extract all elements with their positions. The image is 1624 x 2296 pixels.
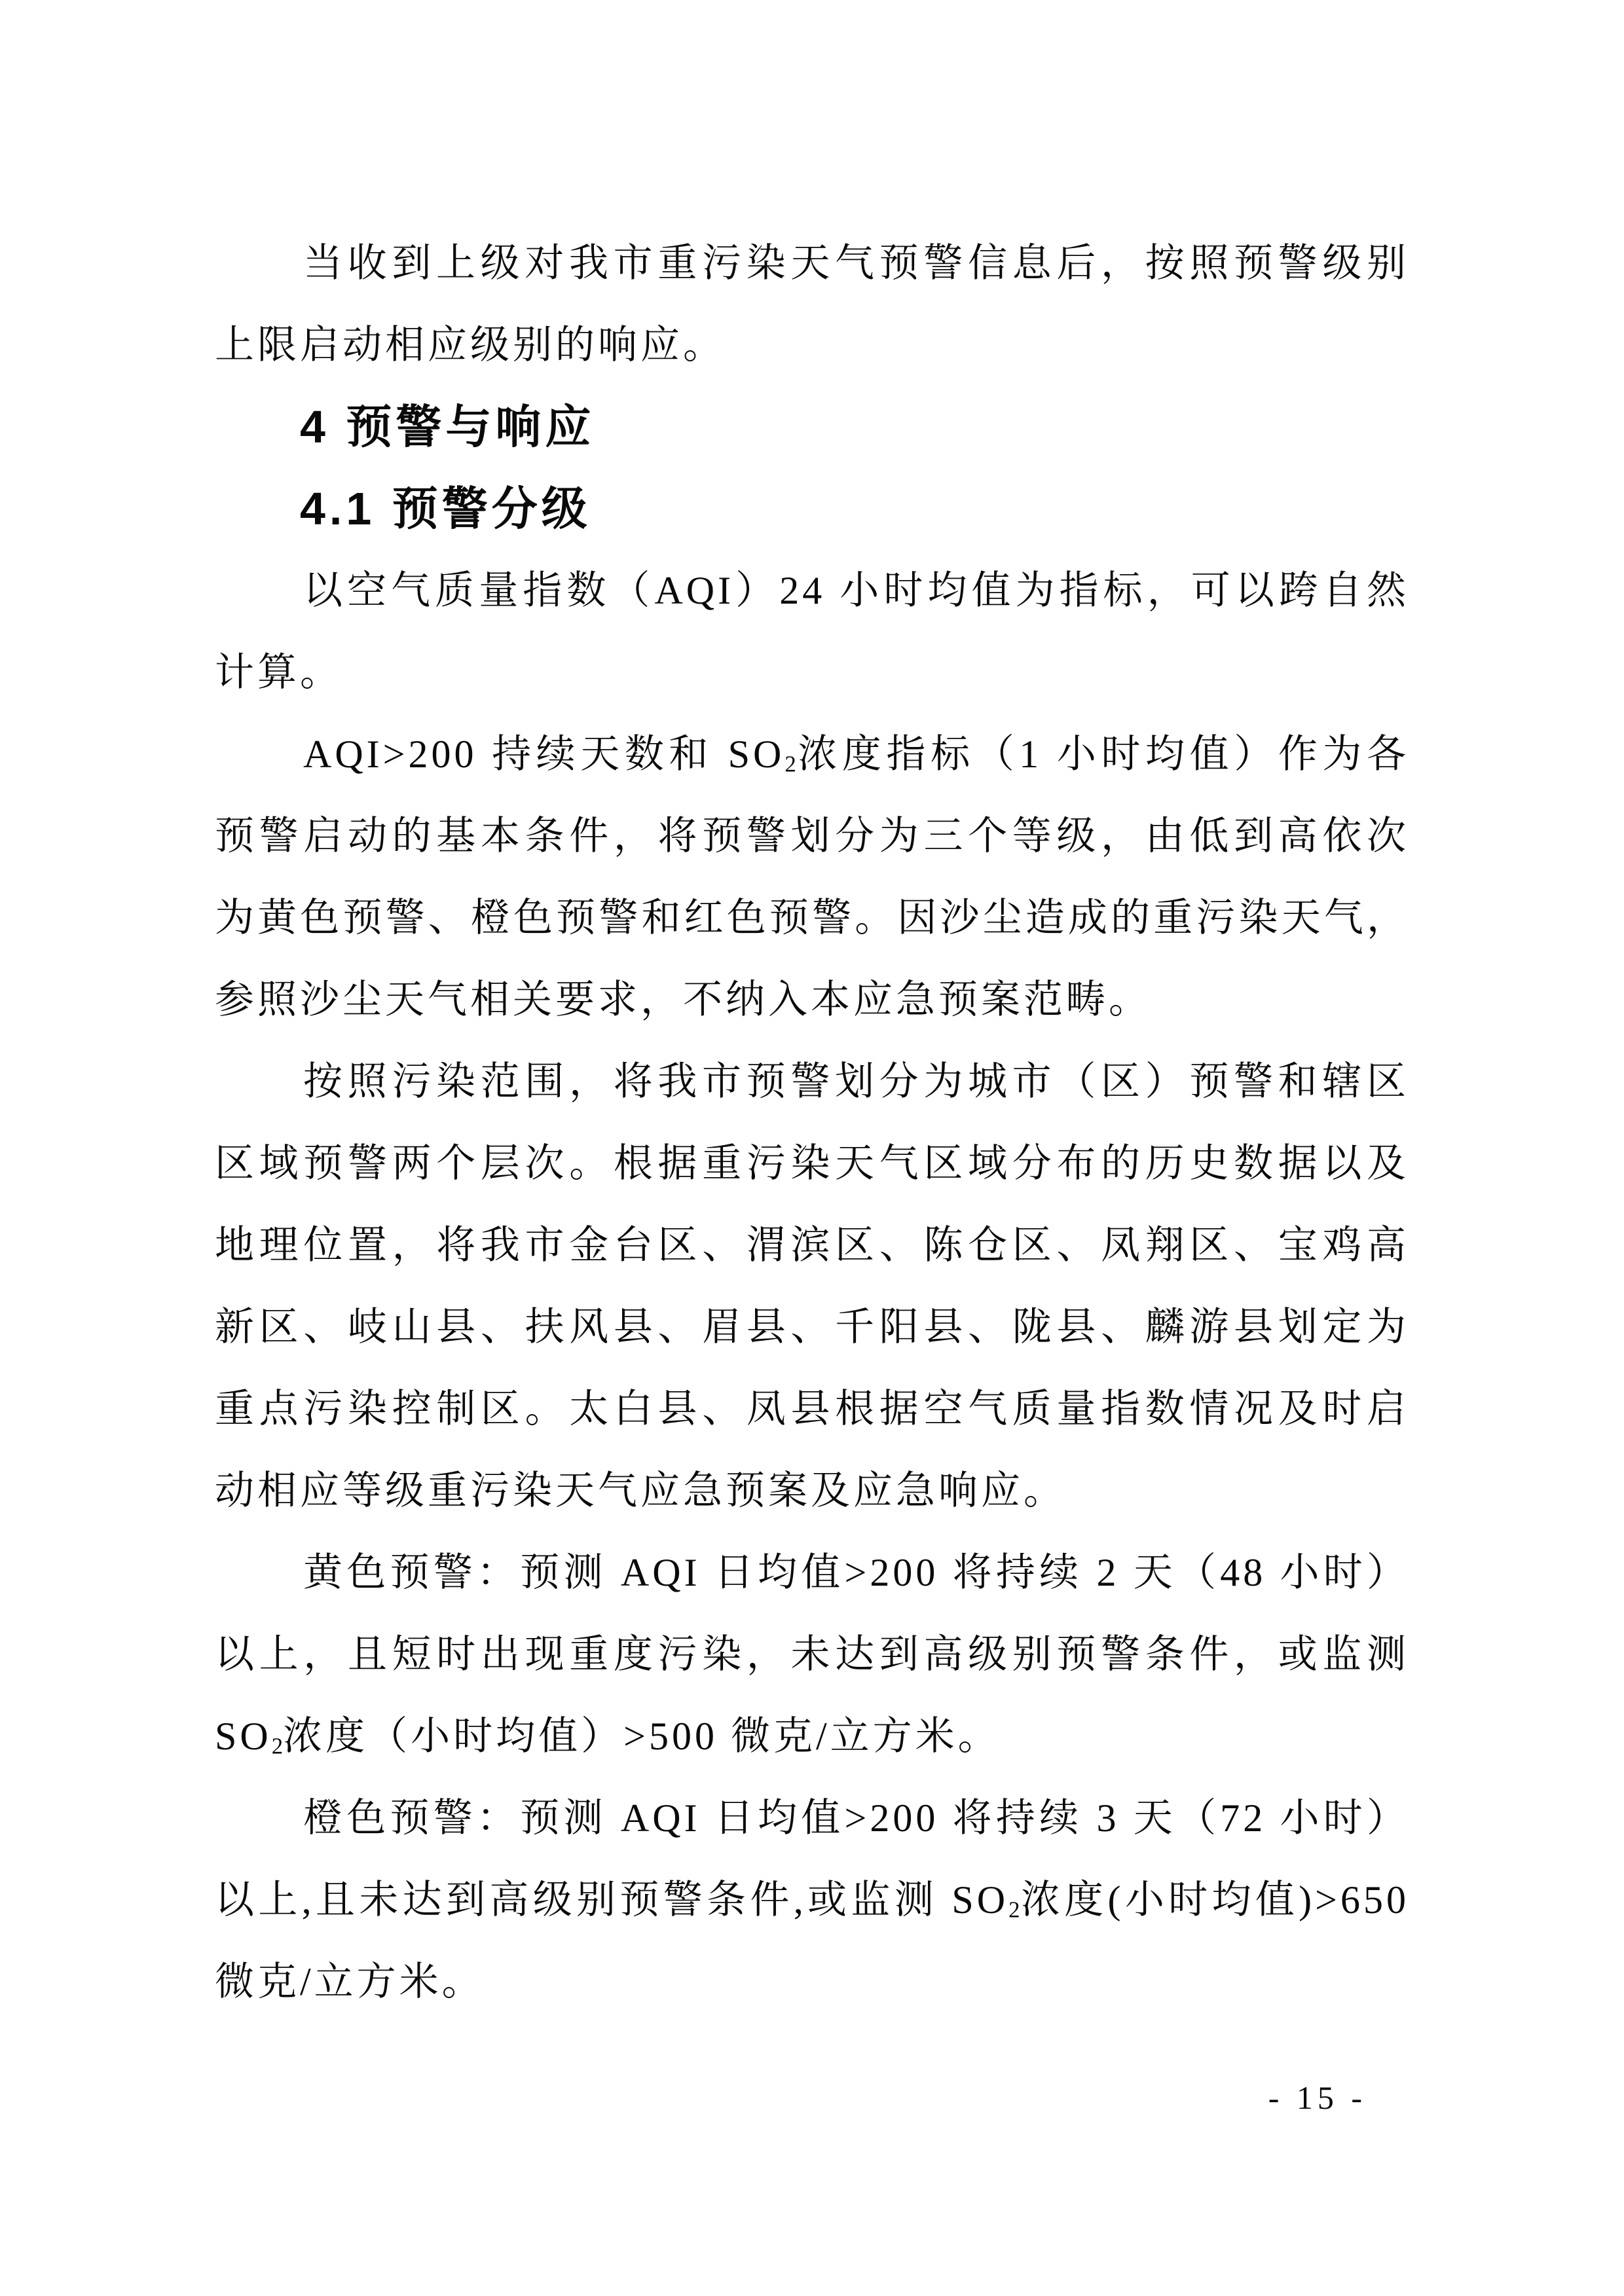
text-segment: 区域预警两个层次。根据重污染天气区域分布的历史数据以及: [215, 1142, 1409, 1185]
paragraph-line: 上限启动相应级别的响应。: [215, 304, 1409, 386]
paragraph-line: AQI>200 持续天数和 SO2浓度指标（1 小时均值）作为各级: [215, 714, 1409, 795]
text-segment: 4.1 预警分级: [300, 483, 591, 534]
paragraph-line: 橙色预警：预测 AQI 日均值>200 将持续 3 天（72 小时）及: [215, 1777, 1409, 1859]
text-segment: 按照污染范围，将我市预警划分为城市（区）预警和辖区: [303, 1060, 1409, 1103]
paragraph-line: 区域预警两个层次。根据重污染天气区域分布的历史数据以及: [215, 1123, 1409, 1205]
text-segment: 当收到上级对我市重污染天气预警信息后，按照预警级别: [303, 242, 1409, 285]
text-segment: 地理位置，将我市金台区、渭滨区、陈仓区、凤翔区、宝鸡高: [215, 1224, 1409, 1267]
paragraph-line: 当收到上级对我市重污染天气预警信息后，按照预警级别: [215, 223, 1409, 304]
paragraph-line: 以空气质量指数（AQI）24 小时均值为指标，可以跨自然日: [215, 550, 1409, 632]
section-heading: 4.1 预警分级: [215, 468, 1409, 550]
text-segment: 预警启动的基本条件，将预警划分为三个等级，由低到高依次: [215, 814, 1409, 858]
text-segment: 以上,且未达到高级别预警条件,或监测 SO: [215, 1878, 1008, 1922]
text-segment: 橙色预警：预测 AQI 日均值>200 将持续 3 天（72 小时）及: [215, 1796, 1409, 1859]
paragraph-line: 预警启动的基本条件，将预警划分为三个等级，由低到高依次: [215, 795, 1409, 877]
subscript-text: 2: [784, 751, 796, 776]
text-segment: 4 预警与响应: [300, 401, 595, 452]
document-body: 当收到上级对我市重污染天气预警信息后，按照预警级别上限启动相应级别的响应。4 预…: [215, 223, 1409, 2023]
text-segment: 重点污染控制区。太白县、凤县根据空气质量指数情况及时启: [215, 1387, 1409, 1430]
paragraph-line: 微克/立方米。: [215, 1941, 1409, 2023]
paragraph-line: 以上，且短时出现重度污染，未达到高级别预警条件，或监测: [215, 1614, 1409, 1696]
page-number: - 15 -: [1268, 2079, 1367, 2116]
paragraph-line: 参照沙尘天气相关要求，不纳入本应急预案范畴。: [215, 959, 1409, 1041]
paragraph-line: 计算。: [215, 632, 1409, 714]
paragraph-line: 新区、岐山县、扶风县、眉县、千阳县、陇县、麟游县划定为: [215, 1286, 1409, 1368]
text-segment: 浓度（小时均值）>500 微克/立方米。: [283, 1715, 1001, 1758]
text-segment: 动相应等级重污染天气应急预案及应急响应。: [215, 1469, 1066, 1512]
paragraph-line: 动相应等级重污染天气应急预案及应急响应。: [215, 1450, 1409, 1532]
text-segment: 以上，且短时出现重度污染，未达到高级别预警条件，或监测: [215, 1633, 1409, 1676]
text-segment: 以空气质量指数（AQI）24 小时均值为指标，可以跨自然日: [215, 569, 1409, 632]
subscript-text: 2: [1008, 1897, 1020, 1922]
text-segment: AQI>200 持续天数和 SO: [303, 733, 784, 776]
text-segment: 计算。: [215, 651, 342, 694]
paragraph-line: 地理位置，将我市金台区、渭滨区、陈仓区、凤翔区、宝鸡高: [215, 1205, 1409, 1286]
subscript-text: 2: [272, 1733, 283, 1758]
text-segment: 新区、岐山县、扶风县、眉县、千阳县、陇县、麟游县划定为: [215, 1305, 1409, 1349]
text-segment: 为黄色预警、橙色预警和红色预警。因沙尘造成的重污染天气，: [215, 896, 1409, 939]
paragraph-line: 按照污染范围，将我市预警划分为城市（区）预警和辖区: [215, 1041, 1409, 1123]
paragraph-line: 重点污染控制区。太白县、凤县根据空气质量指数情况及时启: [215, 1368, 1409, 1450]
text-segment: 黄色预警：预测 AQI 日均值>200 将持续 2 天（48 小时）及: [215, 1551, 1409, 1614]
section-heading: 4 预警与响应: [215, 386, 1409, 468]
text-segment: 微克/立方米。: [215, 1960, 485, 2003]
text-segment: 浓度(小时均值)>650: [1020, 1878, 1410, 1922]
paragraph-line: 以上,且未达到高级别预警条件,或监测 SO2浓度(小时均值)>650: [215, 1859, 1409, 1941]
paragraph-line: 为黄色预警、橙色预警和红色预警。因沙尘造成的重污染天气，: [215, 877, 1409, 959]
paragraph-line: SO2浓度（小时均值）>500 微克/立方米。: [215, 1696, 1409, 1777]
text-segment: 上限启动相应级别的响应。: [215, 323, 726, 367]
page: { "page": { "background": "#ffffff", "te…: [0, 0, 1624, 2296]
text-segment: SO: [215, 1715, 272, 1758]
paragraph-line: 黄色预警：预测 AQI 日均值>200 将持续 2 天（48 小时）及: [215, 1532, 1409, 1614]
text-segment: 参照沙尘天气相关要求，不纳入本应急预案范畴。: [215, 978, 1151, 1021]
